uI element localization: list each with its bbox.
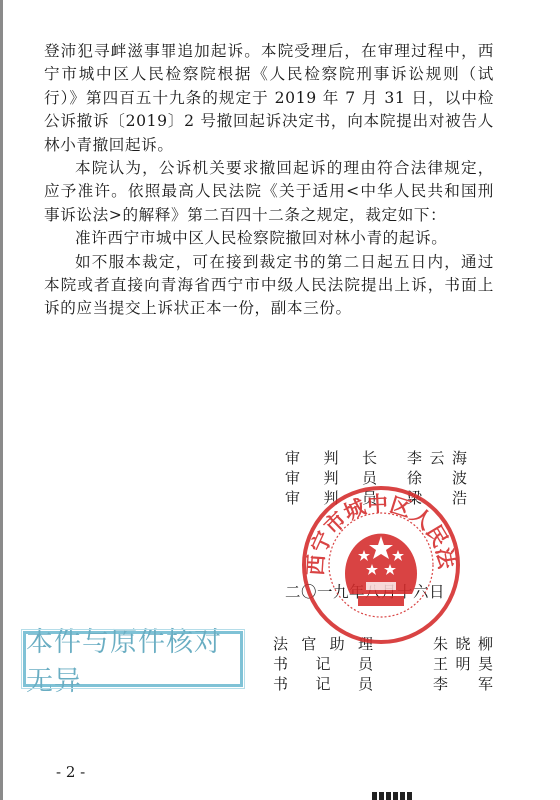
clerk-name: 李军: [433, 674, 493, 694]
court-seal-icon: 西宁市城中区人民法院: [300, 484, 462, 646]
judge-row-presiding: 审判长 李云海: [285, 448, 485, 468]
scan-artifact: [372, 792, 412, 800]
judge-name: 李云海: [407, 448, 467, 468]
clerk-row: 书记员 李军: [273, 674, 493, 694]
clerk-name: 王明昊: [433, 654, 493, 674]
page-edge: [0, 0, 3, 800]
page-number: - 2 -: [56, 763, 85, 781]
document-page: 登沛犯寻衅滋事罪追加起诉。本院受理后，在审理过程中，西宁市城中区人民检察院根据《…: [0, 0, 560, 800]
ruling-body: 登沛犯寻衅滋事罪追加起诉。本院受理后，在审理过程中，西宁市城中区人民检察院根据《…: [44, 40, 494, 321]
paragraph-appeal-notice: 如不服本裁定，可在接到裁定书的第二日起五日内，通过本院或者直接向青海省西宁市中级…: [44, 251, 494, 321]
clerk-row: 书记员 王明昊: [273, 654, 493, 674]
paragraph-background: 登沛犯寻衅滋事罪追加起诉。本院受理后，在审理过程中，西宁市城中区人民检察院根据《…: [44, 40, 494, 157]
paragraph-ruling: 准许西宁市城中区人民检察院撤回对林小青的起诉。: [44, 227, 494, 250]
paragraph-court-opinion: 本院认为，公诉机关要求撤回起诉的理由符合法律规定，应予准许。依照最高人民法院《关…: [44, 157, 494, 227]
verification-stamp: 本件与原件核对无异: [23, 631, 243, 687]
